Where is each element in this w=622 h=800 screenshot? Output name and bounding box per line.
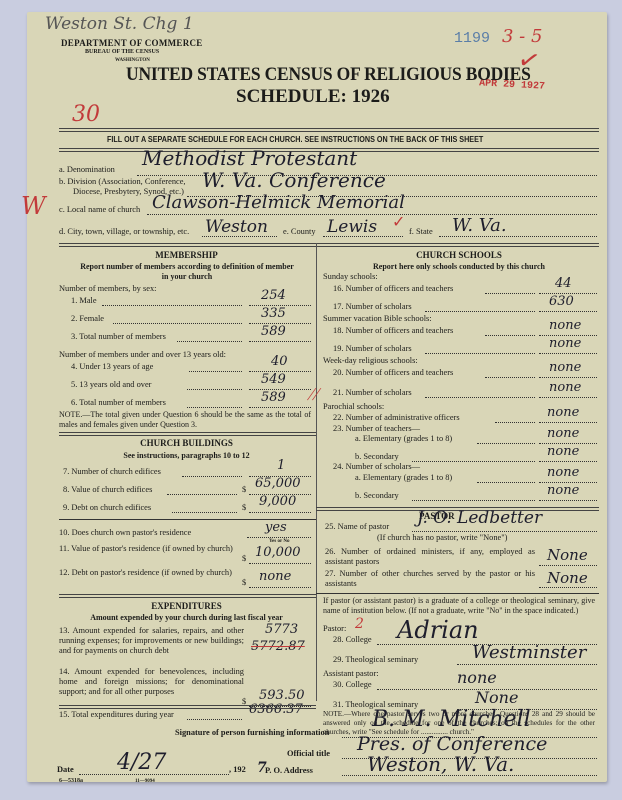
q24a-value[interactable]: none: [547, 465, 579, 480]
weekday-schools-label: Week-day religious schools:: [323, 356, 418, 366]
q19-label: 19. Number of scholars: [333, 344, 412, 354]
q23-label: 23. Number of teachers—: [333, 424, 420, 434]
q13-struck-value[interactable]: 5772.87: [251, 639, 305, 654]
dotted-line: [485, 335, 535, 336]
q22-value[interactable]: none: [547, 405, 579, 420]
dollar-sign: $: [242, 554, 246, 564]
q11-label: 11. Value of pastor's residence (if owne…: [59, 544, 239, 554]
dotted-line: [425, 353, 535, 354]
stamp-number: 1199: [454, 30, 490, 47]
q17-label: 17. Number of scholars: [333, 302, 412, 312]
date-value[interactable]: 4/27: [117, 750, 166, 775]
q8-value-value[interactable]: 65,000: [255, 476, 301, 491]
dotted-line: [167, 494, 237, 495]
answer-line: [539, 461, 597, 462]
instruction-banner: FILL OUT A SEPARATE SCHEDULE FOR EACH CH…: [107, 135, 483, 144]
county-label: e. County: [283, 227, 316, 237]
dotted-line: [477, 482, 535, 483]
q20-label: 20. Number of officers and teachers: [333, 368, 453, 378]
census-schedule-form: Weston St. Chg 1 DEPARTMENT OF COMMERCE …: [27, 12, 607, 782]
dotted-line: [147, 214, 597, 215]
q4-under-13-value[interactable]: 40: [271, 354, 288, 369]
q22-label: 22. Number of administrative officers: [333, 413, 460, 423]
q27-value[interactable]: None: [547, 569, 588, 587]
q31-value[interactable]: None: [475, 688, 518, 707]
po-address-label: P. O. Address: [265, 766, 313, 776]
dotted-line: [189, 371, 242, 372]
q1-label: 1. Male: [71, 296, 97, 306]
q25-hint: (If church has no pastor, write "None"): [377, 533, 507, 543]
membership-subheading: Report number of members according to de…: [77, 262, 297, 282]
q11-residence-value[interactable]: 10,000: [255, 545, 301, 560]
q10-owns-residence-value[interactable]: yes: [265, 520, 287, 535]
q4-label: 4. Under 13 years of age: [71, 362, 153, 372]
dotted-line: [187, 389, 242, 390]
q24-label: 24. Number of scholars—: [333, 462, 420, 472]
q9-debt-value[interactable]: 9,000: [259, 494, 296, 509]
answer-line: [539, 565, 597, 566]
divider: [59, 432, 316, 436]
buildings-subheading: See instructions, paragraphs 10 to 12: [59, 451, 314, 461]
q7-edifices-value[interactable]: 1: [277, 458, 285, 473]
po-address-value[interactable]: Weston, W. Va.: [367, 752, 514, 776]
q24b-label: b. Secondary: [355, 491, 399, 501]
dotted-line: [113, 323, 242, 324]
dotted-line: [412, 500, 535, 501]
department-label: DEPARTMENT OF COMMERCE: [61, 38, 203, 48]
denomination-value[interactable]: Methodist Protestant: [142, 146, 357, 170]
buildings-heading: CHURCH BUILDINGS: [59, 438, 314, 448]
dollar-sign: $: [242, 578, 246, 588]
q17-value[interactable]: 630: [549, 294, 574, 309]
q28-college-value[interactable]: Adrian: [397, 616, 479, 644]
dotted-line: [182, 476, 242, 477]
q26-value[interactable]: None: [547, 546, 588, 564]
q12-residence-debt-value[interactable]: none: [259, 569, 291, 584]
dotted-line: [102, 305, 242, 306]
membership-heading: MEMBERSHIP: [59, 250, 314, 260]
dotted-line: [425, 311, 535, 312]
q6-label: 6. Total number of members: [71, 398, 166, 408]
answer-line: [539, 377, 597, 378]
expenditures-heading: EXPENDITURES: [59, 601, 314, 611]
q27-label: 27. Number of other churches served by t…: [325, 569, 535, 589]
answer-line: [539, 422, 597, 423]
yes-no-hint: Yes or No: [269, 539, 289, 544]
answer-line: [539, 353, 597, 354]
q16-value[interactable]: 44: [555, 276, 572, 291]
q24a-label: a. Elementary (grades 1 to 8): [355, 473, 452, 483]
q14-benevolences-value[interactable]: 593.50: [259, 688, 305, 703]
divider: [59, 243, 599, 247]
state-value[interactable]: W. Va.: [452, 215, 507, 236]
dotted-line: [177, 341, 242, 342]
official-title-label: Official title: [287, 749, 330, 759]
q18-label: 18. Number of officers and teachers: [333, 326, 453, 336]
date-label: Date: [57, 765, 74, 775]
members-by-age-label: Number of members under and over 13 year…: [59, 350, 226, 360]
q29-seminary-value[interactable]: Westminster: [472, 642, 586, 663]
q29-label: 29. Theological seminary: [333, 655, 418, 665]
members-by-sex-label: Number of members, by sex:: [59, 284, 156, 294]
year-prefix: , 192: [229, 765, 246, 775]
divider: [59, 705, 316, 709]
answer-line: [539, 311, 597, 312]
answer-line: [412, 531, 597, 532]
dotted-line: [425, 397, 535, 398]
q13-correction-value: 5773: [265, 622, 298, 637]
q6-total-value[interactable]: 589: [261, 390, 286, 405]
answer-line: [249, 407, 311, 408]
divider: [59, 128, 599, 132]
q24b-value[interactable]: none: [547, 483, 579, 498]
dotted-line: [187, 719, 242, 720]
church-name-label: c. Local name of church: [59, 205, 140, 215]
q25-pastor-name-value[interactable]: J. O. Ledbetter: [417, 508, 542, 528]
dotted-line: [485, 293, 535, 294]
dotted-line: [187, 407, 242, 408]
schools-heading: CHURCH SCHOOLS: [319, 250, 599, 260]
q16-label: 16. Number of officers and teachers: [333, 284, 453, 294]
q3-label: 3. Total number of members: [71, 332, 166, 342]
graduate-instructions: If pastor (or assistant pastor) is a gra…: [323, 596, 595, 616]
summer-schools-label: Summer vacation Bible schools:: [323, 314, 432, 324]
q9-label: 9. Debt on church edifices: [63, 503, 151, 513]
dotted-line: [412, 461, 535, 462]
q15-label: 15. Total expenditures during year: [59, 710, 174, 720]
q23a-value[interactable]: none: [547, 426, 579, 441]
answer-line: [539, 587, 597, 588]
answer-line: [457, 664, 597, 665]
margin-mark: W: [21, 192, 46, 220]
q28-label: 28. College: [333, 635, 372, 645]
dotted-line: [477, 443, 535, 444]
division-label: b. Division (Association, Conference,: [59, 177, 186, 187]
column-divider: [316, 243, 317, 701]
handwritten-charge-note: Weston St. Chg 1: [45, 14, 194, 34]
schedule-title: SCHEDULE: 1926: [236, 86, 390, 108]
answer-line: [249, 563, 311, 564]
church-name-value[interactable]: Clawson-Helmick Memorial: [152, 192, 405, 213]
dotted-line: [439, 236, 597, 237]
q8-label: 8. Value of church edifices: [63, 485, 152, 495]
dotted-line: [485, 377, 535, 378]
dollar-sign: $: [242, 503, 246, 513]
q21-value[interactable]: none: [549, 380, 581, 395]
q2-female-value[interactable]: 335: [261, 306, 286, 321]
assistant-pastor-subheading: Assistant pastor:: [323, 669, 379, 679]
city-value[interactable]: Weston: [205, 217, 268, 237]
q25-label: 25. Name of pastor: [325, 522, 389, 532]
red-number: 30: [72, 102, 100, 127]
sunday-schools-label: Sunday schools:: [323, 272, 378, 282]
q5-over-13-value[interactable]: 549: [261, 372, 286, 387]
q14-label: 14. Amount expended for benevolences, in…: [59, 667, 244, 697]
signature-value[interactable]: B. M. Mitchell: [372, 707, 531, 732]
q26-label: 26. Number of ordained ministers, if any…: [325, 547, 535, 567]
q30-value[interactable]: none: [457, 668, 497, 687]
denomination-label: a. Denomination: [59, 165, 115, 175]
q5-label: 5. 13 years old and over: [71, 380, 151, 390]
signature-label: Signature of person furnishing informati…: [175, 728, 329, 738]
q23a-label: a. Elementary (grades 1 to 8): [355, 434, 452, 444]
dotted-line: [172, 512, 237, 513]
bureau-label: BUREAU OF THE CENSUS: [85, 49, 159, 55]
q2-label: 2. Female: [71, 314, 104, 324]
dollar-sign: $: [242, 485, 246, 495]
q20-value[interactable]: none: [549, 360, 581, 375]
form-title: UNITED STATES CENSUS OF RELIGIOUS BODIES: [126, 64, 531, 86]
form-code: 6—5318a: [59, 778, 83, 784]
washington-label: WASHINGTON: [115, 58, 150, 63]
answer-line: [539, 500, 597, 501]
q18-value[interactable]: none: [549, 318, 581, 333]
schools-subheading: Report here only schools conducted by th…: [319, 262, 599, 272]
q30-label: 30. College: [333, 680, 372, 690]
q13-label: 13. Amount expended for salaries, repair…: [59, 626, 244, 656]
check-mark-icon: ✓: [392, 212, 405, 232]
q7-label: 7. Number of church edifices: [63, 467, 161, 477]
divider: [59, 594, 316, 598]
county-value[interactable]: Lewis: [327, 217, 377, 237]
answer-line: [249, 587, 311, 588]
q1-male-value[interactable]: 254: [261, 288, 286, 303]
q3-total-value[interactable]: 589: [261, 324, 286, 339]
red-pastor-mark: 2: [355, 616, 364, 632]
q12-label: 12. Debt on pastor's residence (if owned…: [59, 568, 239, 578]
answer-line: [247, 537, 311, 538]
state-label: f. State: [409, 227, 433, 237]
print-code: 11—9094: [135, 779, 155, 784]
membership-note: NOTE.—The total given under Question 6 s…: [59, 410, 311, 430]
q23b-value[interactable]: none: [547, 444, 579, 459]
q19-value[interactable]: none: [549, 336, 581, 351]
parochial-schools-label: Parochial schools:: [323, 402, 384, 412]
dotted-line: [495, 422, 535, 423]
answer-line: [249, 512, 311, 513]
divider: [316, 593, 599, 594]
answer-line: [539, 397, 597, 398]
red-tick-mark: //: [305, 384, 323, 405]
division-value[interactable]: W. Va. Conference: [202, 168, 386, 192]
pastor-subheading: Pastor:: [323, 624, 346, 634]
city-label: d. City, town, village, or township, etc…: [59, 227, 189, 237]
q23b-label: b. Secondary: [355, 452, 399, 462]
answer-line: [249, 341, 311, 342]
q10-label: 10. Does church own pastor's residence: [59, 528, 191, 538]
q21-label: 21. Number of scholars: [333, 388, 412, 398]
